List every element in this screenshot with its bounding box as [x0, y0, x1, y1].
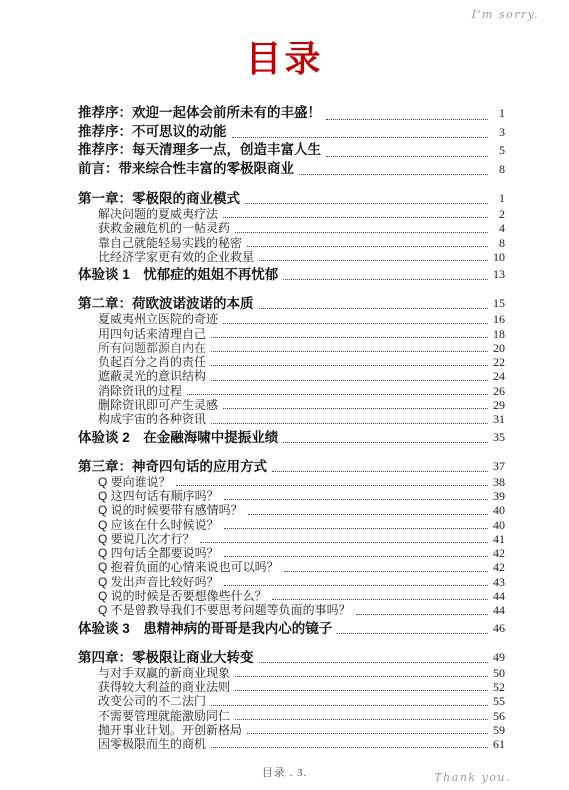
- dotted-leader: [223, 408, 488, 409]
- toc-entry: 用四句话来清理自己 18: [78, 327, 505, 341]
- toc-entry: 第二章：荷欧波诺波诺的本质 15: [78, 295, 505, 312]
- dotted-leader: [211, 351, 488, 352]
- toc-entry-label: 夏威夷州立医院的奇迹: [98, 312, 218, 326]
- toc-entry-page: 40: [491, 518, 505, 532]
- toc-entry-label: Q 要说几次才行？: [98, 532, 195, 546]
- toc-entry-page: 4: [491, 221, 505, 235]
- dotted-leader: [187, 394, 488, 395]
- toc-entry-page: 37: [491, 458, 505, 475]
- toc-section-chapter-4: 第四章：零极限让商业大转变 49 与对手双赢的新商业现象 50 获得较大利益的商…: [78, 649, 505, 752]
- toc-entry-label: 第二章：荷欧波诺波诺的本质: [78, 295, 254, 312]
- toc-entry: 负起百分之肖的责任 22: [78, 355, 505, 369]
- toc-entry-page: 26: [491, 384, 505, 398]
- toc-entry-label: 比经济学家更有效的企业救星: [98, 250, 254, 264]
- toc-entry-label: 推荐序：欢迎一起体会前所未有的丰盛！: [78, 104, 321, 123]
- dotted-leader: [235, 719, 488, 720]
- toc-entry-label: 不需要管理就能激励同仁: [98, 709, 230, 723]
- toc-entry-label: Q 说的时候要带有感情吗？: [98, 503, 243, 517]
- toc-entry: 不需要管理就能激励同仁 56: [78, 709, 505, 723]
- dotted-leader: [299, 174, 488, 175]
- toc-entry-page: 50: [491, 666, 505, 680]
- toc-entry-page: 15: [491, 295, 505, 312]
- toc-entry: 消除资讯的过程 26: [78, 384, 505, 398]
- toc-entry-page: 1: [491, 104, 505, 123]
- toc-entry: 因零极限而生的商机 61: [78, 737, 505, 751]
- toc-entry-label: 第四章：零极限让商业大转变: [78, 649, 254, 666]
- toc-entry-label: 前言：带来综合性丰富的零极限商业: [78, 160, 294, 179]
- dotted-leader: [283, 279, 488, 280]
- toc-entry-page: 2: [491, 207, 505, 221]
- toc-entry-page: 10: [491, 250, 505, 264]
- toc-entry-page: 18: [491, 327, 505, 341]
- toc-entry-page: 38: [491, 475, 505, 489]
- dotted-leader: [211, 380, 488, 381]
- toc-entry: 体验谈 3 患精神病的哥哥是我内心的镜子 46: [78, 620, 505, 637]
- dotted-leader: [232, 137, 489, 138]
- dotted-leader: [224, 499, 488, 500]
- dotted-leader: [245, 203, 488, 204]
- toc-entry-page: 61: [491, 737, 505, 751]
- dotted-leader: [235, 690, 488, 691]
- toc-entry: 获救金融危机的一帖灵药 4: [78, 221, 505, 235]
- dotted-leader: [283, 442, 488, 443]
- toc-entry: Q 应该在什么时候说？ 40: [78, 518, 505, 532]
- toc-entry: 构成宇宙的各种资讯 31: [78, 412, 505, 426]
- toc-entry: 遮蔽灵光的意识结构 24: [78, 369, 505, 383]
- dotted-leader: [211, 423, 488, 424]
- toc-entry-label: Q 应该在什么时候说？: [98, 518, 219, 532]
- toc-entry-page: 59: [491, 723, 505, 737]
- toc-entry-page: 22: [491, 355, 505, 369]
- toc-entry-label: 与对手双赢的新商业现象: [98, 666, 230, 680]
- toc-entry-label: Q 四句话全都要说吗？: [98, 546, 219, 560]
- dotted-leader: [223, 217, 488, 218]
- toc-entry: 删除资讯即可产生灵感 29: [78, 398, 505, 412]
- dotted-leader: [259, 662, 489, 663]
- toc-entry-label: Q 说的时候是否要想像些什么？: [98, 589, 267, 603]
- dotted-leader: [337, 633, 488, 634]
- toc-entry-label: Q 要向谁说？: [98, 475, 171, 489]
- toc-entry: 与对手双赢的新商业现象 50: [78, 666, 505, 680]
- toc-entry-label: 因零极限而生的商机: [98, 737, 206, 751]
- dotted-leader: [284, 571, 488, 572]
- toc-section-chapter-2: 第二章：荷欧波诺波诺的本质 15 夏威夷州立医院的奇迹 16 用四句话来清理自己…: [78, 295, 505, 445]
- toc-entry-label: 抛开事业计划。开创新格局: [98, 723, 242, 737]
- toc-entry-page: 52: [491, 680, 505, 694]
- toc-section-chapter-3: 第三章：神奇四句话的应用方式 37 Q 要向谁说？ 38 Q 这四句话有顺序吗？…: [78, 458, 505, 637]
- toc-entry: Q 四句话全都要说吗？ 42: [78, 546, 505, 560]
- toc-entry-label: 体验谈 3 患精神病的哥哥是我内心的镜子: [78, 620, 332, 637]
- toc-entry: 夏威夷州立医院的奇迹 16: [78, 312, 505, 326]
- toc-entry: 第一章：零极限的商业模式 1: [78, 190, 505, 207]
- toc-entry-page: 41: [491, 532, 505, 546]
- dotted-leader: [247, 733, 488, 734]
- toc-entry: 推荐序：欢迎一起体会前所未有的丰盛！ 1: [78, 104, 505, 123]
- dotted-leader: [211, 747, 488, 748]
- dotted-leader: [247, 246, 488, 247]
- toc-entry-label: 解决问题的夏威夷疗法: [98, 207, 218, 221]
- toc-entry-page: 49: [491, 649, 505, 666]
- toc-entry-page: 39: [491, 489, 505, 503]
- toc-entry-label: 体验谈 1 忧郁症的姐姐不再忧郁: [78, 266, 278, 283]
- toc-entry-page: 16: [491, 312, 505, 326]
- toc-entry: 解决问题的夏威夷疗法 2: [78, 207, 505, 221]
- toc-section-front-matter: 推荐序：欢迎一起体会前所未有的丰盛！ 1 推荐序：不可思议的动能 3 推荐序：每…: [78, 104, 505, 178]
- toc-entry-label: Q 发出声音比较好吗？: [98, 575, 219, 589]
- toc-entry-page: 24: [491, 369, 505, 383]
- toc-entry-page: 31: [491, 412, 505, 426]
- toc-entry: 靠自己就能轻易实践的秘密 8: [78, 236, 505, 250]
- dotted-leader: [259, 260, 488, 261]
- footer-note: Thank you.: [434, 771, 511, 784]
- toc-entry: Q 这四句话有顺序吗？ 39: [78, 489, 505, 503]
- dotted-leader: [272, 599, 488, 600]
- dotted-leader: [176, 485, 488, 486]
- dotted-leader: [326, 119, 488, 120]
- toc-entry: 获得较大利益的商业法则 52: [78, 680, 505, 694]
- toc-entry: 推荐序：每天清理多一点，创造丰富人生 5: [78, 141, 505, 160]
- toc-entry-page: 3: [491, 123, 505, 142]
- toc-entry: 前言：带来综合性丰富的零极限商业 8: [78, 160, 505, 179]
- toc-entry-page: 13: [491, 266, 505, 283]
- toc-entry: 推荐序：不可思议的动能 3: [78, 123, 505, 142]
- toc-entry-label: 第三章：神奇四句话的应用方式: [78, 458, 267, 475]
- toc-entry: Q 抱着负面的心情来说也可以吗？ 42: [78, 560, 505, 574]
- toc-entry-label: Q 这四句话有顺序吗？: [98, 489, 219, 503]
- toc-entry: 所有问题都源自内在 20: [78, 341, 505, 355]
- dotted-leader: [235, 232, 488, 233]
- toc-entry: Q 说的时候是否要想像些什么？ 44: [78, 589, 505, 603]
- toc-entry-label: 推荐序：不可思议的动能: [78, 123, 227, 142]
- toc-entry-label: 改变公司的不二法门: [98, 694, 206, 708]
- toc-entry-label: 用四句话来清理自己: [98, 327, 206, 341]
- toc-entry: Q 不是曾教导我们不要思考问题等负面的事吗？ 44: [78, 603, 505, 617]
- toc-entry-page: 56: [491, 709, 505, 723]
- dotted-leader: [224, 556, 488, 557]
- toc-entry-page: 8: [491, 236, 505, 250]
- toc-entry-page: 40: [491, 503, 505, 517]
- toc-entry-label: 消除资讯的过程: [98, 384, 182, 398]
- dotted-leader: [223, 323, 488, 324]
- toc-entry-page: 55: [491, 694, 505, 708]
- dotted-leader: [211, 705, 488, 706]
- dotted-leader: [259, 308, 489, 309]
- toc-entry-page: 20: [491, 341, 505, 355]
- toc-entry: Q 要向谁说？ 38: [78, 475, 505, 489]
- toc-entry: 比经济学家更有效的企业救星 10: [78, 250, 505, 264]
- toc-entry-label: Q 不是曾教导我们不要思考问题等负面的事吗？: [98, 603, 351, 617]
- toc-entry-page: 8: [491, 160, 505, 179]
- toc-entry-page: 43: [491, 575, 505, 589]
- dotted-leader: [356, 614, 488, 615]
- toc-entry-label: 删除资讯即可产生灵感: [98, 398, 218, 412]
- dotted-leader: [200, 542, 488, 543]
- dotted-leader: [326, 156, 488, 157]
- toc-entry-page: 29: [491, 398, 505, 412]
- dotted-leader: [235, 676, 488, 677]
- dotted-leader: [248, 514, 488, 515]
- toc-entry: 改变公司的不二法门 55: [78, 694, 505, 708]
- toc-entry-label: 推荐序：每天清理多一点，创造丰富人生: [78, 141, 321, 160]
- toc-entry-label: 获得较大利益的商业法则: [98, 680, 230, 694]
- toc-entry: 体验谈 1 忧郁症的姐姐不再忧郁 13: [78, 266, 505, 283]
- dotted-leader: [211, 337, 488, 338]
- dotted-leader: [211, 365, 488, 366]
- toc-entry-label: 靠自己就能轻易实践的秘密: [98, 236, 242, 250]
- toc-entry-label: 构成宇宙的各种资讯: [98, 412, 206, 426]
- toc-section-chapter-1: 第一章：零极限的商业模式 1 解决问题的夏威夷疗法 2 获救金融危机的一帖灵药 …: [78, 190, 505, 283]
- toc: 推荐序：欢迎一起体会前所未有的丰盛！ 1 推荐序：不可思议的动能 3 推荐序：每…: [78, 104, 505, 751]
- toc-entry-page: 1: [491, 190, 505, 207]
- dotted-leader: [224, 585, 488, 586]
- dotted-leader: [272, 471, 488, 472]
- page-title: 目录: [0, 38, 569, 80]
- dotted-leader: [224, 528, 488, 529]
- toc-entry-page: 35: [491, 429, 505, 446]
- toc-entry-page: 44: [491, 603, 505, 617]
- toc-entry-label: 遮蔽灵光的意识结构: [98, 369, 206, 383]
- toc-entry-page: 46: [491, 620, 505, 637]
- toc-entry: 第四章：零极限让商业大转变 49: [78, 649, 505, 666]
- toc-entry: Q 要说几次才行？ 41: [78, 532, 505, 546]
- toc-entry-page: 42: [491, 546, 505, 560]
- toc-entry-page: 5: [491, 141, 505, 160]
- header-note: I'm sorry.: [472, 8, 539, 21]
- toc-entry-label: Q 抱着负面的心情来说也可以吗？: [98, 560, 279, 574]
- toc-entry-label: 获救金融危机的一帖灵药: [98, 221, 230, 235]
- toc-entry: 体验谈 2 在金融海啸中提振业绩 35: [78, 429, 505, 446]
- toc-entry: 第三章：神奇四句话的应用方式 37: [78, 458, 505, 475]
- document-page: I'm sorry. 目录 推荐序：欢迎一起体会前所未有的丰盛！ 1 推荐序：不…: [0, 0, 569, 790]
- toc-entry-label: 第一章：零极限的商业模式: [78, 190, 240, 207]
- toc-entry: 抛开事业计划。开创新格局 59: [78, 723, 505, 737]
- toc-entry-page: 44: [491, 589, 505, 603]
- toc-entry-label: 体验谈 2 在金融海啸中提振业绩: [78, 429, 278, 446]
- toc-entry: Q 说的时候要带有感情吗？ 40: [78, 503, 505, 517]
- toc-entry-label: 所有问题都源自内在: [98, 341, 206, 355]
- toc-entry-label: 负起百分之肖的责任: [98, 355, 206, 369]
- toc-entry: Q 发出声音比较好吗？ 43: [78, 575, 505, 589]
- toc-entry-page: 42: [491, 560, 505, 574]
